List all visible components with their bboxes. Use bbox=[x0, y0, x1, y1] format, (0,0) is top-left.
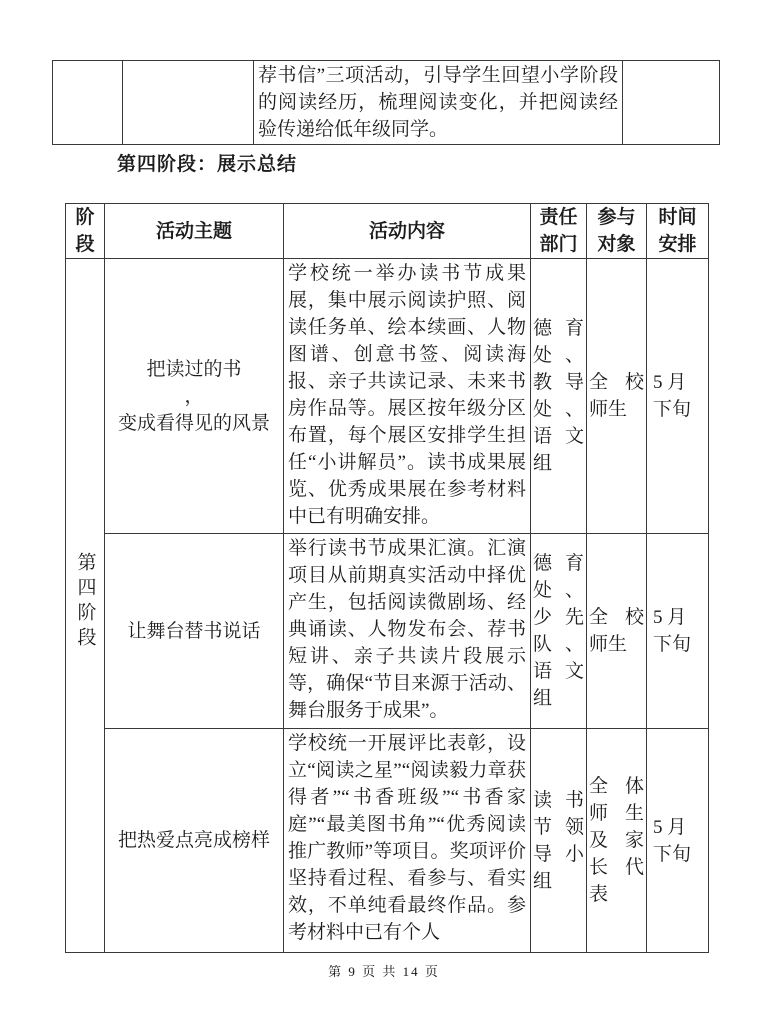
theme-cell: 把热爱点亮成榜样 bbox=[105, 729, 284, 953]
header-stage: 阶段 bbox=[66, 204, 105, 259]
theme-cell: 把读过的书 ， 变成看得见的风景 bbox=[105, 259, 284, 534]
department-cell: 德育处、教导处、语文组 bbox=[531, 259, 587, 534]
content-cell: 学校统一开展评比表彰，设立“阅读之星”“阅读毅力章获得者”“书香班级”“书香家庭… bbox=[284, 729, 531, 953]
header-theme: 活动主题 bbox=[105, 204, 284, 259]
header-department: 责任部门 bbox=[531, 204, 587, 259]
page-number: 第 9 页 共 14 页 bbox=[0, 963, 768, 981]
participants-cell: 全体师生及家长代表 bbox=[587, 729, 647, 953]
empty-cell bbox=[123, 61, 254, 145]
empty-cell bbox=[623, 61, 720, 145]
header-content: 活动内容 bbox=[284, 204, 531, 259]
time-cell: 5 月 下旬 bbox=[647, 259, 709, 534]
table-row: 把热爱点亮成榜样 学校统一开展评比表彰，设立“阅读之星”“阅读毅力章获得者”“书… bbox=[66, 729, 709, 953]
stage4-activities-table: 阶段 活动主题 活动内容 责任部门 参与对象 时间安排 第四阶段 把读过的书 ，… bbox=[65, 203, 709, 953]
header-time: 时间安排 bbox=[647, 204, 709, 259]
section-heading: 第四阶段：展示总结 bbox=[117, 152, 297, 178]
continued-content-cell: 荐书信”三项活动，引导学生回望小学阶段的阅读经历，梳理阅读变化，并把阅读经验传递… bbox=[254, 61, 623, 145]
stage-label: 第四阶段 bbox=[72, 552, 99, 652]
table-row: 荐书信”三项活动，引导学生回望小学阶段的阅读经历，梳理阅读变化，并把阅读经验传递… bbox=[53, 61, 720, 145]
stage-cell: 第四阶段 bbox=[66, 259, 105, 953]
department-cell: 德育处、少先队、语文组 bbox=[531, 534, 587, 729]
document-page: 荐书信”三项活动，引导学生回望小学阶段的阅读经历，梳理阅读变化，并把阅读经验传递… bbox=[0, 0, 768, 1024]
theme-cell: 让舞台替书说话 bbox=[105, 534, 284, 729]
content-cell: 举行读书节成果汇演。汇演项目从前期真实活动中择优产生，包括阅读微剧场、经典诵读、… bbox=[284, 534, 531, 729]
table-row: 让舞台替书说话 举行读书节成果汇演。汇演项目从前期真实活动中择优产生，包括阅读微… bbox=[66, 534, 709, 729]
empty-cell bbox=[53, 61, 123, 145]
previous-stage-table: 荐书信”三项活动，引导学生回望小学阶段的阅读经历，梳理阅读变化，并把阅读经验传递… bbox=[52, 60, 720, 145]
participants-cell: 全校师生 bbox=[587, 259, 647, 534]
participants-cell: 全校师生 bbox=[587, 534, 647, 729]
table-row: 第四阶段 把读过的书 ， 变成看得见的风景 学校统一举办读书节成果展，集中展示阅… bbox=[66, 259, 709, 534]
table-header-row: 阶段 活动主题 活动内容 责任部门 参与对象 时间安排 bbox=[66, 204, 709, 259]
content-cell: 学校统一举办读书节成果展，集中展示阅读护照、阅读任务单、绘本续画、人物图谱、创意… bbox=[284, 259, 531, 534]
header-participants: 参与对象 bbox=[587, 204, 647, 259]
department-cell: 读书节领导小组 bbox=[531, 729, 587, 953]
time-cell: 5 月 下旬 bbox=[647, 729, 709, 953]
time-cell: 5 月 下旬 bbox=[647, 534, 709, 729]
